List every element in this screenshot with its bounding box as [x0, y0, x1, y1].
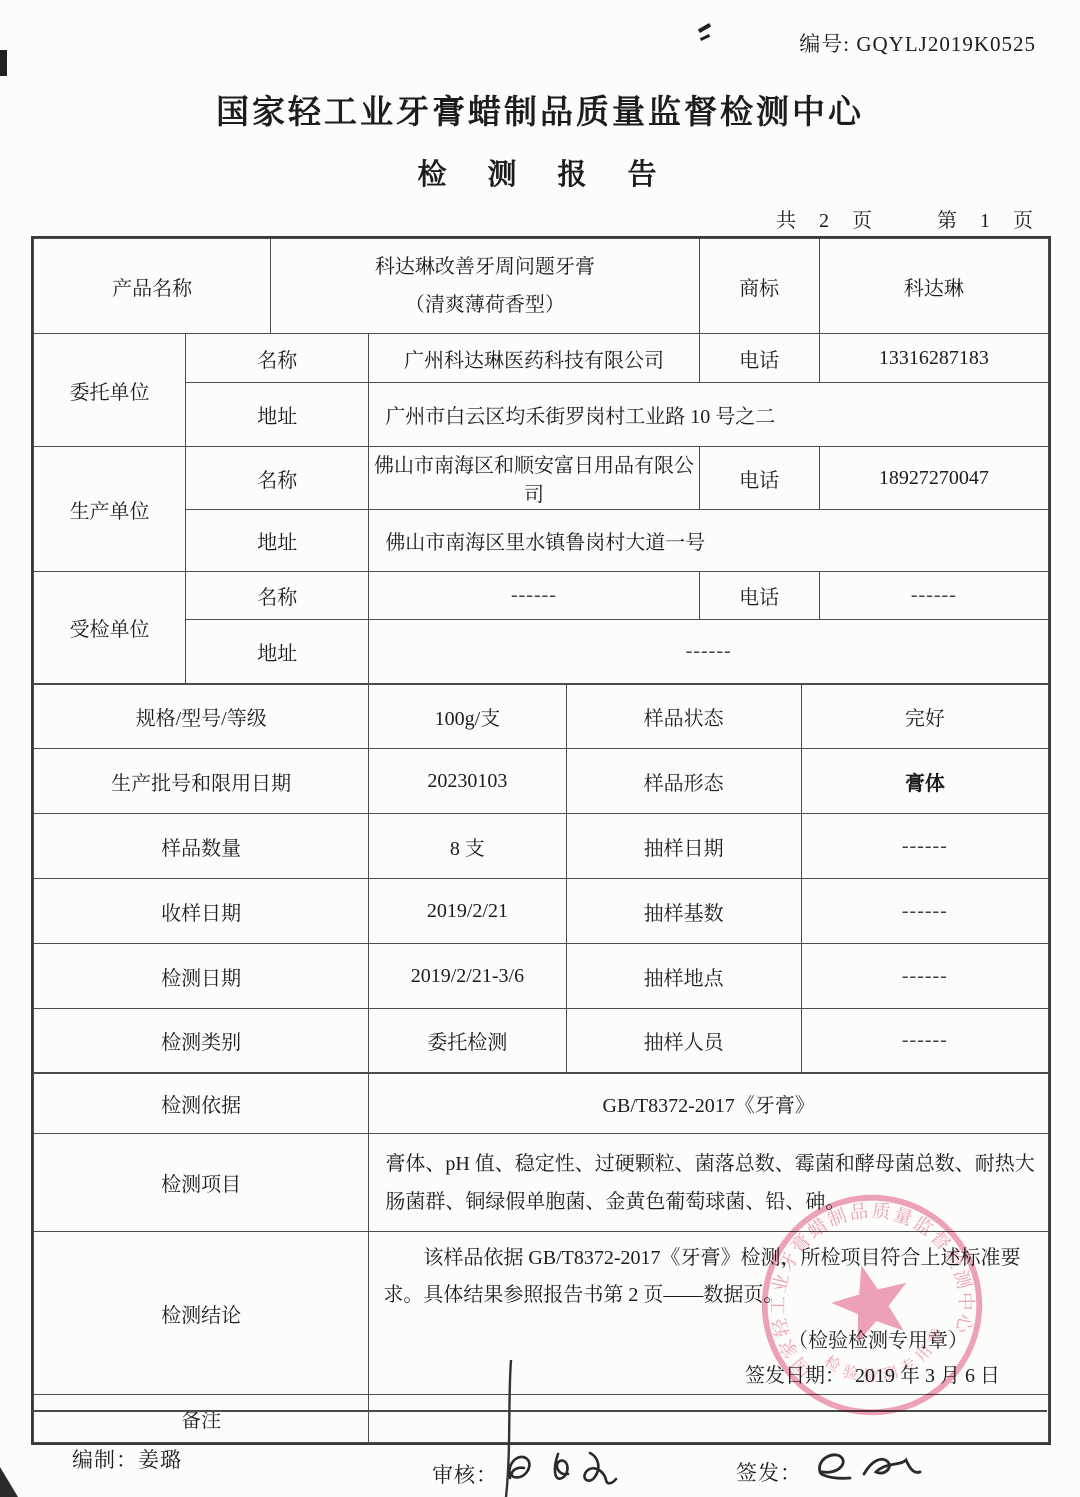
reviewed-by: 审核：	[432, 1444, 632, 1496]
address-label: 地址	[186, 383, 369, 447]
sampling-place-value: ------	[801, 944, 1048, 1009]
reviewed-label: 审核：	[432, 1463, 498, 1487]
name-label: 名称	[186, 572, 369, 620]
row-batch: 生产批号和限用日期 20230103 样品形态 膏体	[34, 749, 1049, 814]
conclusion-label: 检测结论	[34, 1232, 369, 1395]
client-phone-value: 13316287183	[819, 334, 1048, 383]
quantity-label: 样品数量	[34, 814, 369, 879]
sampling-person-value: ------	[801, 1009, 1048, 1073]
report-number: 编号: GQYLJ2019K0525	[799, 28, 1036, 58]
page-indicator: 共 2 页 第 1 页	[776, 204, 1042, 233]
sample-form-label: 样品形态	[566, 749, 801, 814]
scan-artifact	[0, 50, 7, 76]
sampling-base-label: 抽样基数	[566, 879, 801, 944]
trademark-label: 商标	[699, 239, 819, 334]
issued-label: 签发：	[736, 1461, 802, 1485]
row-inspected-name: 受检单位 名称 ------ 电话 ------	[34, 572, 1049, 620]
phone-label: 电话	[699, 334, 819, 383]
inspected-name-value: ------	[369, 572, 699, 620]
client-name-value: 广州科达琳医药科技有限公司	[369, 334, 699, 383]
row-producer-address: 地址 佛山市南海区里水镇鲁岗村大道一号	[34, 510, 1049, 572]
sampling-place-label: 抽样地点	[566, 944, 801, 1009]
sample-state-value: 完好	[801, 685, 1048, 749]
sampling-date-value: ------	[801, 814, 1048, 879]
scan-artifact	[698, 23, 711, 33]
pen-stroke	[503, 1360, 515, 1497]
address-label: 地址	[186, 620, 369, 684]
row-test-basis: 检测依据 GB/T8372-2017《牙膏》	[34, 1074, 1049, 1134]
test-date-label: 检测日期	[34, 944, 369, 1009]
test-basis-value: GB/T8372-2017《牙膏》	[369, 1074, 1049, 1134]
inspected-phone-value: ------	[819, 572, 1048, 620]
spec-value: 100g/支	[369, 685, 566, 749]
trademark-value: 科达琳	[819, 239, 1048, 334]
producer-unit-label: 生产单位	[34, 447, 186, 572]
reviewer-signature	[502, 1444, 632, 1496]
inspected-unit-label: 受检单位	[34, 572, 186, 684]
sample-form-value: 膏体	[801, 749, 1048, 814]
phone-label: 电话	[699, 572, 819, 620]
table-units: 产品名称 科达琳改善牙周问题牙膏 （清爽薄荷香型） 商标 科达琳 委托单位 名称…	[33, 238, 1049, 684]
quantity-value: 8 支	[369, 814, 566, 879]
issued-by: 签发：	[736, 1444, 926, 1494]
test-category-label: 检测类别	[34, 1009, 369, 1073]
scan-artifact	[0, 1467, 18, 1497]
table-sample-info: 规格/型号/等级 100g/支 样品状态 完好 生产批号和限用日期 202301…	[33, 684, 1049, 1073]
product-name-label: 产品名称	[34, 239, 271, 334]
row-test-category: 检测类别 委托检测 抽样人员 ------	[34, 1009, 1049, 1073]
stamp-star-icon	[824, 1255, 918, 1347]
batch-value: 20230103	[369, 749, 566, 814]
receive-date-label: 收样日期	[34, 879, 369, 944]
name-label: 名称	[186, 334, 369, 383]
spec-label: 规格/型号/等级	[34, 685, 369, 749]
row-producer-name: 生产单位 名称 佛山市南海区和顺安富日用品有限公司 电话 18927270047	[34, 447, 1049, 510]
testing-center-name: 国家轻工业牙膏蜡制品质量监督检测中心	[0, 86, 1080, 133]
report-page: 编号: GQYLJ2019K0525 国家轻工业牙膏蜡制品质量监督检测中心 检 …	[0, 0, 1080, 1497]
row-inspected-address: 地址 ------	[34, 620, 1049, 684]
inspection-stamp: 国家轻工业牙膏蜡制品质量监督检测中心 检验检测专用章	[755, 1188, 989, 1422]
remarks-label: 备注	[34, 1395, 369, 1443]
producer-phone-value: 18927270047	[819, 447, 1048, 510]
row-quantity: 样品数量 8 支 抽样日期 ------	[34, 814, 1049, 879]
product-name-value: 科达琳改善牙周问题牙膏 （清爽薄荷香型）	[271, 239, 699, 334]
client-address-value: 广州市白云区均禾街罗岗村工业路 10 号之二	[369, 383, 1049, 447]
receive-date-value: 2019/2/21	[369, 879, 566, 944]
row-test-date: 检测日期 2019/2/21-3/6 抽样地点 ------	[34, 944, 1049, 1009]
row-client-name: 委托单位 名称 广州科达琳医药科技有限公司 电话 13316287183	[34, 334, 1049, 383]
client-unit-label: 委托单位	[34, 334, 186, 447]
sampling-date-label: 抽样日期	[566, 814, 801, 879]
batch-label: 生产批号和限用日期	[34, 749, 369, 814]
producer-address-value: 佛山市南海区里水镇鲁岗村大道一号	[369, 510, 1049, 572]
row-product: 产品名称 科达琳改善牙周问题牙膏 （清爽薄荷香型） 商标 科达琳	[34, 239, 1049, 334]
test-items-label: 检测项目	[34, 1134, 369, 1232]
sampling-person-label: 抽样人员	[566, 1009, 801, 1073]
test-date-value: 2019/2/21-3/6	[369, 944, 566, 1009]
address-label: 地址	[186, 510, 369, 572]
product-name-line2: （清爽薄荷香型）	[275, 286, 694, 324]
name-label: 名称	[186, 447, 369, 510]
row-spec: 规格/型号/等级 100g/支 样品状态 完好	[34, 685, 1049, 749]
sample-state-label: 样品状态	[566, 685, 801, 749]
scan-artifact	[700, 34, 710, 41]
producer-name-value: 佛山市南海区和顺安富日用品有限公司	[369, 447, 699, 510]
phone-label: 电话	[699, 447, 819, 510]
row-client-address: 地址 广州市白云区均禾街罗岗村工业路 10 号之二	[34, 383, 1049, 447]
inspected-address-value: ------	[369, 620, 1049, 684]
sampling-base-value: ------	[801, 879, 1048, 944]
row-receive-date: 收样日期 2019/2/21 抽样基数 ------	[34, 879, 1049, 944]
prepared-by: 编制：姜璐	[72, 1444, 182, 1474]
product-name-line1: 科达琳改善牙周问题牙膏	[275, 248, 694, 286]
issuer-signature	[806, 1444, 926, 1494]
test-category-value: 委托检测	[369, 1009, 566, 1073]
report-title: 检 测 报 告	[0, 152, 1080, 193]
test-basis-label: 检测依据	[34, 1074, 369, 1134]
